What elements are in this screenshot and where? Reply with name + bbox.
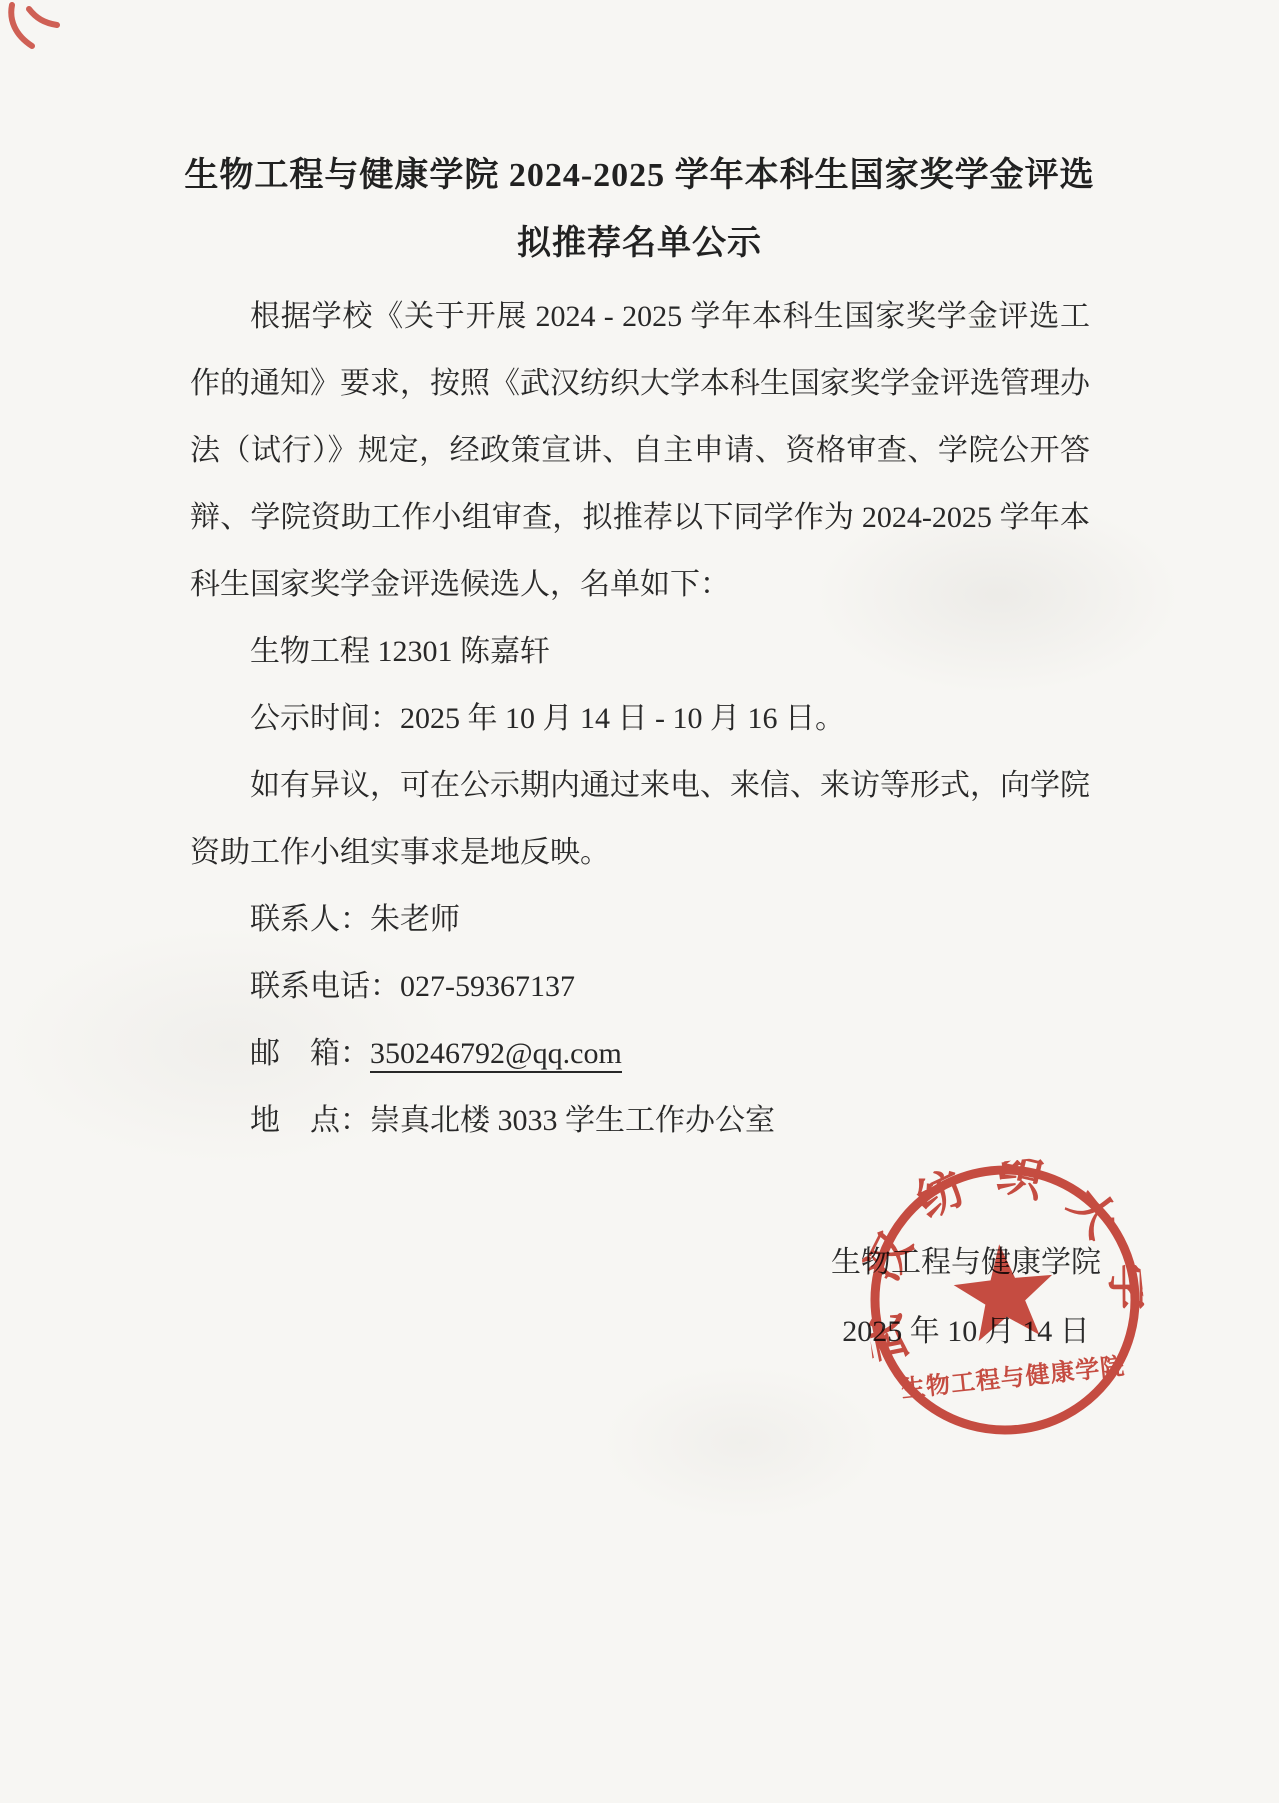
location-line: 地 点：崇真北楼 3033 学生工作办公室	[190, 1087, 1090, 1154]
objection-paragraph: 如有异议，可在公示期内通过来电、来信、来访等形式，向学院资助工作小组实事求是地反…	[190, 752, 1090, 886]
publicity-period-line: 公示时间：2025 年 10 月 14 日 - 10 月 16 日。	[190, 685, 1090, 752]
email-address: 350246792@qq.com	[370, 1037, 622, 1073]
official-seal: 武汉纺织大学 生物工程与健康学院	[853, 1148, 1156, 1451]
scanned-notice-page: 生物工程与健康学院 2024-2025 学年本科生国家奖学金评选 拟推荐名单公示…	[0, 0, 1279, 1803]
contact-phone-line: 联系电话：027-59367137	[190, 953, 1090, 1020]
email-label: 邮 箱：	[250, 1037, 370, 1070]
document-body: 根据学校《关于开展 2024 - 2025 学年本科生国家奖学金评选工作的通知》…	[190, 283, 1090, 1154]
corner-ink-mark	[2, 2, 64, 58]
document-title: 生物工程与健康学院 2024-2025 学年本科生国家奖学金评选 拟推荐名单公示	[0, 142, 1279, 278]
title-line-1: 生物工程与健康学院 2024-2025 学年本科生国家奖学金评选	[0, 142, 1279, 210]
candidate-line: 生物工程 12301 陈嘉轩	[190, 618, 1090, 685]
title-line-2: 拟推荐名单公示	[0, 210, 1279, 278]
email-line: 邮 箱：350246792@qq.com	[190, 1020, 1090, 1087]
seal-star-icon	[950, 1239, 1058, 1343]
contact-person-line: 联系人：朱老师	[190, 886, 1090, 953]
intro-paragraph: 根据学校《关于开展 2024 - 2025 学年本科生国家奖学金评选工作的通知》…	[190, 283, 1090, 618]
location-label: 地 点：	[250, 1104, 370, 1137]
location-value: 崇真北楼 3033 学生工作办公室	[370, 1104, 775, 1137]
